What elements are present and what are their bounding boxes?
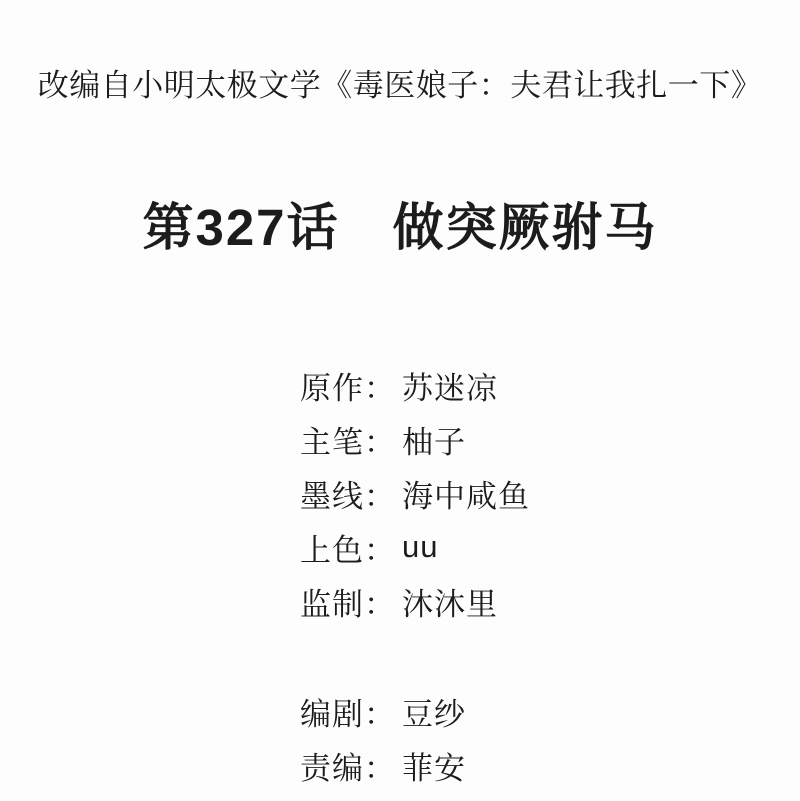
credit-label: 原作： xyxy=(300,363,396,408)
credit-name: 沐沐里 xyxy=(402,579,498,624)
credit-line-editor: 责编： 菲安 xyxy=(300,738,466,792)
credit-line-original-author: 原作： 苏迷凉 xyxy=(300,358,530,412)
credit-line-coloring: 上色： uu xyxy=(300,520,530,574)
credit-name: uu xyxy=(402,529,438,565)
credit-name: 海中咸鱼 xyxy=(402,471,530,516)
credit-label: 墨线： xyxy=(300,471,396,516)
credit-label: 上色： xyxy=(300,525,396,570)
comic-title-page: 改编自小明太极文学《毒医娘子：夫君让我扎一下》 第327话 做突厥驸马 原作： … xyxy=(0,0,800,801)
credit-name: 柚子 xyxy=(402,417,466,462)
credit-name: 豆纱 xyxy=(402,689,466,734)
chapter-title: 第327话 做突厥驸马 xyxy=(0,186,800,260)
credit-name: 苏迷凉 xyxy=(402,363,498,408)
credits-editorial: 编剧： 豆纱 责编： 菲安 xyxy=(300,684,466,792)
credit-line-screenwriter: 编剧： 豆纱 xyxy=(300,684,466,738)
credit-line-inking: 墨线： 海中咸鱼 xyxy=(300,466,530,520)
credits-production: 原作： 苏迷凉 主笔： 柚子 墨线： 海中咸鱼 上色： uu 监制： 沐沐里 xyxy=(300,358,530,628)
credit-label: 监制： xyxy=(300,579,396,624)
credit-label: 主笔： xyxy=(300,417,396,462)
credit-label: 编剧： xyxy=(300,689,396,734)
adaptation-note: 改编自小明太极文学《毒医娘子：夫君让我扎一下》 xyxy=(0,60,800,105)
credit-line-supervisor: 监制： 沐沐里 xyxy=(300,574,530,628)
credit-line-lead-artist: 主笔： 柚子 xyxy=(300,412,530,466)
credit-name: 菲安 xyxy=(402,743,466,788)
credit-label: 责编： xyxy=(300,743,396,788)
